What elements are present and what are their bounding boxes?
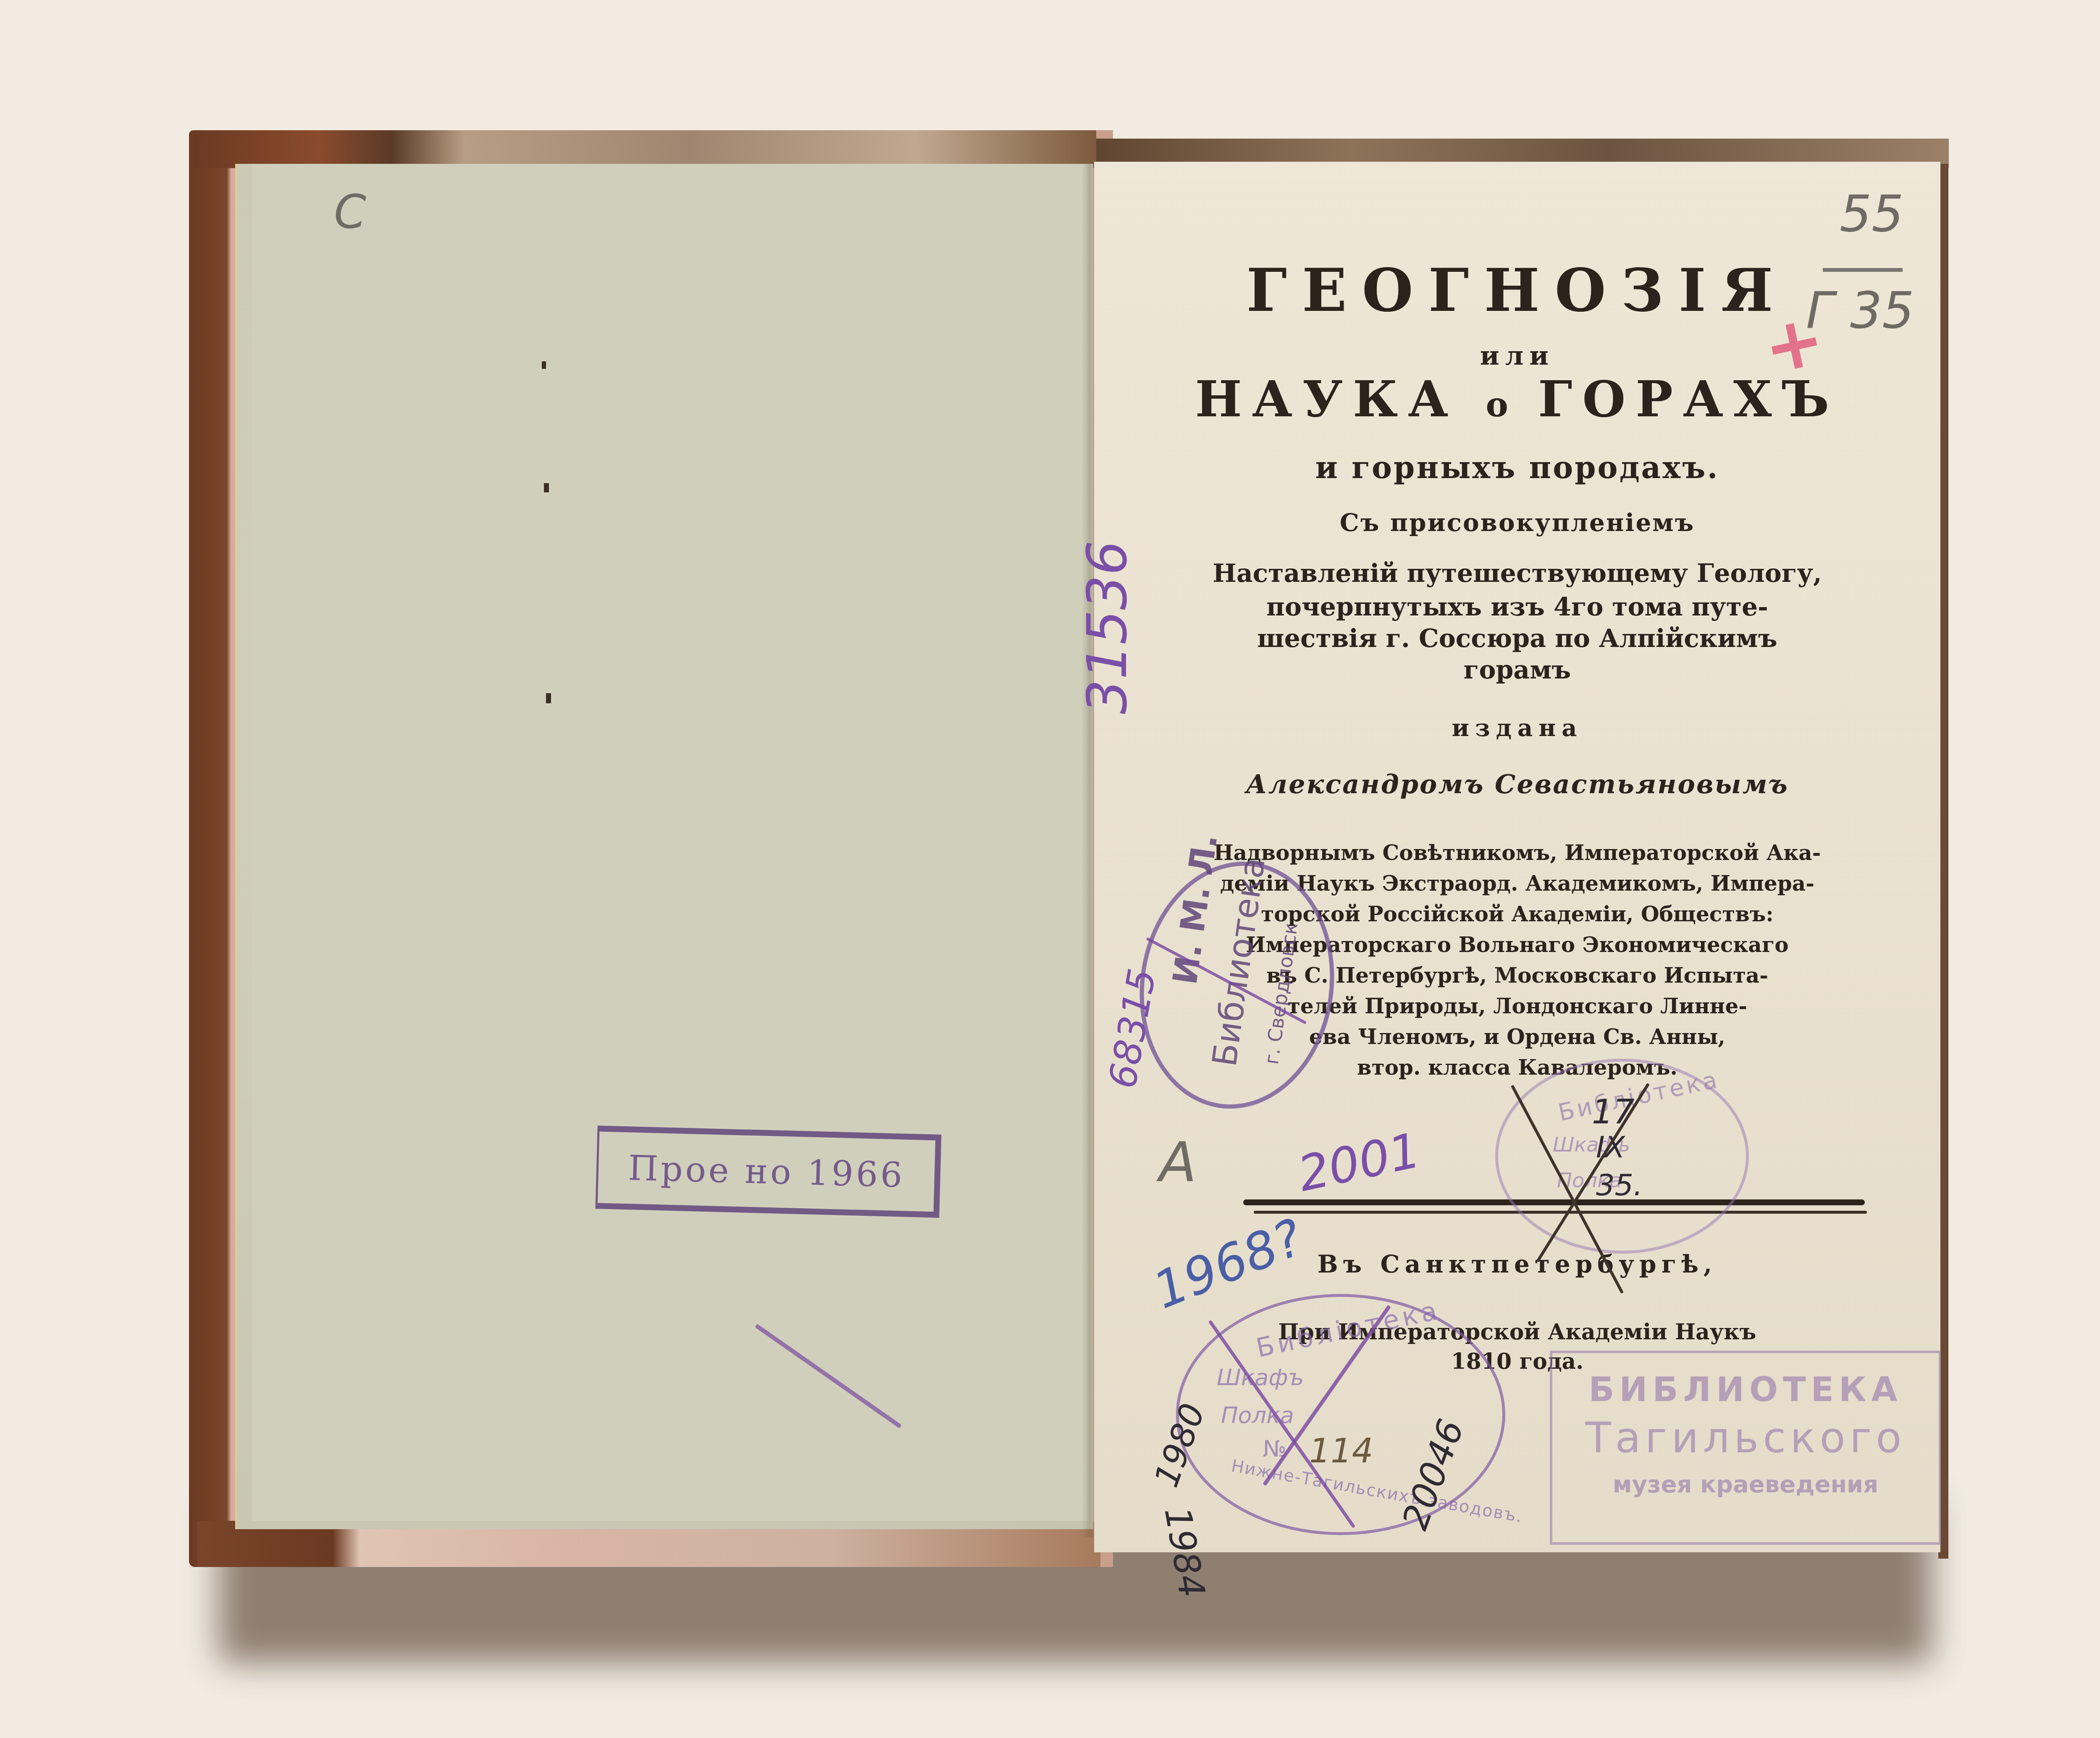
stamp-sverdlovsk-city: г. Свердловск bbox=[1260, 921, 1302, 1066]
inventory-number-vertical: 31536 bbox=[1075, 540, 1139, 714]
subtitle-word-nauka: НАУКА bbox=[1195, 370, 1459, 428]
left-board-top-edge bbox=[193, 130, 1096, 168]
shelfmark-numerator: 55 bbox=[1840, 185, 1904, 243]
stamp-museum-line-2: Тагильского bbox=[1552, 1413, 1939, 1462]
binding-mark bbox=[546, 693, 551, 703]
stamp-tagil-arc: Библіотека bbox=[1253, 1294, 1443, 1363]
handwritten-shelf-35: 35. bbox=[1596, 1168, 1643, 1202]
addition-intro: Съ присовокупленіемъ bbox=[1094, 508, 1940, 537]
shelfmark-denominator: Г 35 bbox=[1806, 281, 1914, 340]
stamp-tagil-field-shelf: Шкафъ bbox=[1217, 1364, 1304, 1391]
pencil-letter-a: А bbox=[1159, 1130, 1197, 1194]
stamp-museum-line-1: БИБЛИОТЕКА bbox=[1552, 1370, 1939, 1409]
subtitle-line-2: и горныхъ породахъ. bbox=[1094, 450, 1940, 485]
subtitle-word-o: о bbox=[1486, 385, 1510, 424]
stamp-checked-text: Прое но 1966 bbox=[627, 1148, 905, 1195]
addition-line: почерпнутыхъ изъ 4го тома путе- bbox=[1094, 592, 1940, 622]
published-by-label: издана bbox=[1094, 714, 1940, 742]
pencil-mark-c: С bbox=[334, 185, 366, 239]
binding-mark bbox=[542, 361, 546, 369]
author-name: Александромъ Севастьяновымъ bbox=[1094, 769, 1940, 799]
addition-line: Наставленій путешествующему Геологу, bbox=[1094, 559, 1940, 588]
stamp-museum-line-3: музея краеведения bbox=[1552, 1471, 1939, 1498]
addition-line: горамъ bbox=[1094, 655, 1940, 685]
stamp-nizhne-tagil: Библіотека Шкафъ Полка № 114 Нижне-Тагил… bbox=[1176, 1294, 1505, 1535]
addition-line: шествія г. Соссюра по Алпійскимъ bbox=[1094, 624, 1940, 653]
binding-mark bbox=[544, 483, 549, 492]
stamp-tagil-number: 114 bbox=[1309, 1431, 1373, 1470]
handwritten-shelf-17: 17 bbox=[1592, 1092, 1635, 1131]
left-flyleaf-inner bbox=[252, 164, 1088, 1521]
shelfmark-fraction-bar bbox=[1823, 268, 1903, 272]
stamp-checked-1966: Прое но 1966 bbox=[596, 1125, 942, 1217]
stamp-tagil-museum: БИБЛИОТЕКА Тагильского музея краеведения bbox=[1550, 1351, 1941, 1545]
